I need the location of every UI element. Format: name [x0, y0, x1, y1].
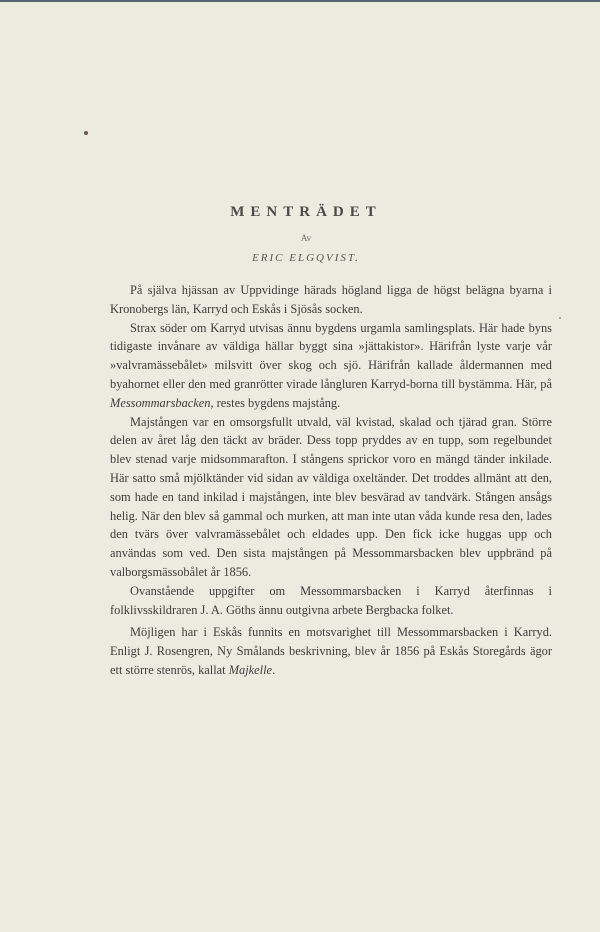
page-top-edge — [0, 0, 600, 2]
paragraph-text: , restes bygdens majstång. — [210, 396, 340, 410]
paragraph: Ovanstående uppgifter om Messommarsbacke… — [110, 582, 552, 620]
paragraph-text: På själva hjässan av Uppvidinge härads h… — [110, 283, 552, 316]
article-body: På själva hjässan av Uppvidinge härads h… — [110, 281, 552, 680]
paragraph: Strax söder om Karryd utvisas ännu bygde… — [110, 319, 552, 413]
byline-prefix: Av — [0, 233, 600, 243]
paragraph-text: Möjligen har i Eskås funnits en motsvari… — [110, 625, 552, 677]
paragraph-text-italic: Majkelle — [229, 663, 272, 677]
paragraph-text: Majstången var en omsorgsfullt utvald, v… — [110, 415, 552, 579]
scan-speck — [84, 131, 88, 135]
article-header: MENTRÄDET Av ERIC ELGQVIST. — [0, 204, 600, 264]
article-title: MENTRÄDET — [0, 204, 600, 221]
paragraph-text: Ovanstående uppgifter om Messommarsbacke… — [110, 584, 552, 617]
article-author: ERIC ELGQVIST. — [0, 252, 600, 264]
paragraph: Majstången var en omsorgsfullt utvald, v… — [110, 413, 552, 582]
paragraph-text-italic: Messommarsbacken — [110, 396, 210, 410]
paragraph: Möjligen har i Eskås funnits en motsvari… — [110, 623, 552, 679]
paragraph: På själva hjässan av Uppvidinge härads h… — [110, 281, 552, 319]
paragraph-text: . — [272, 663, 275, 677]
paragraph-text: Strax söder om Karryd utvisas ännu bygde… — [110, 321, 552, 391]
scan-speck — [559, 317, 561, 319]
